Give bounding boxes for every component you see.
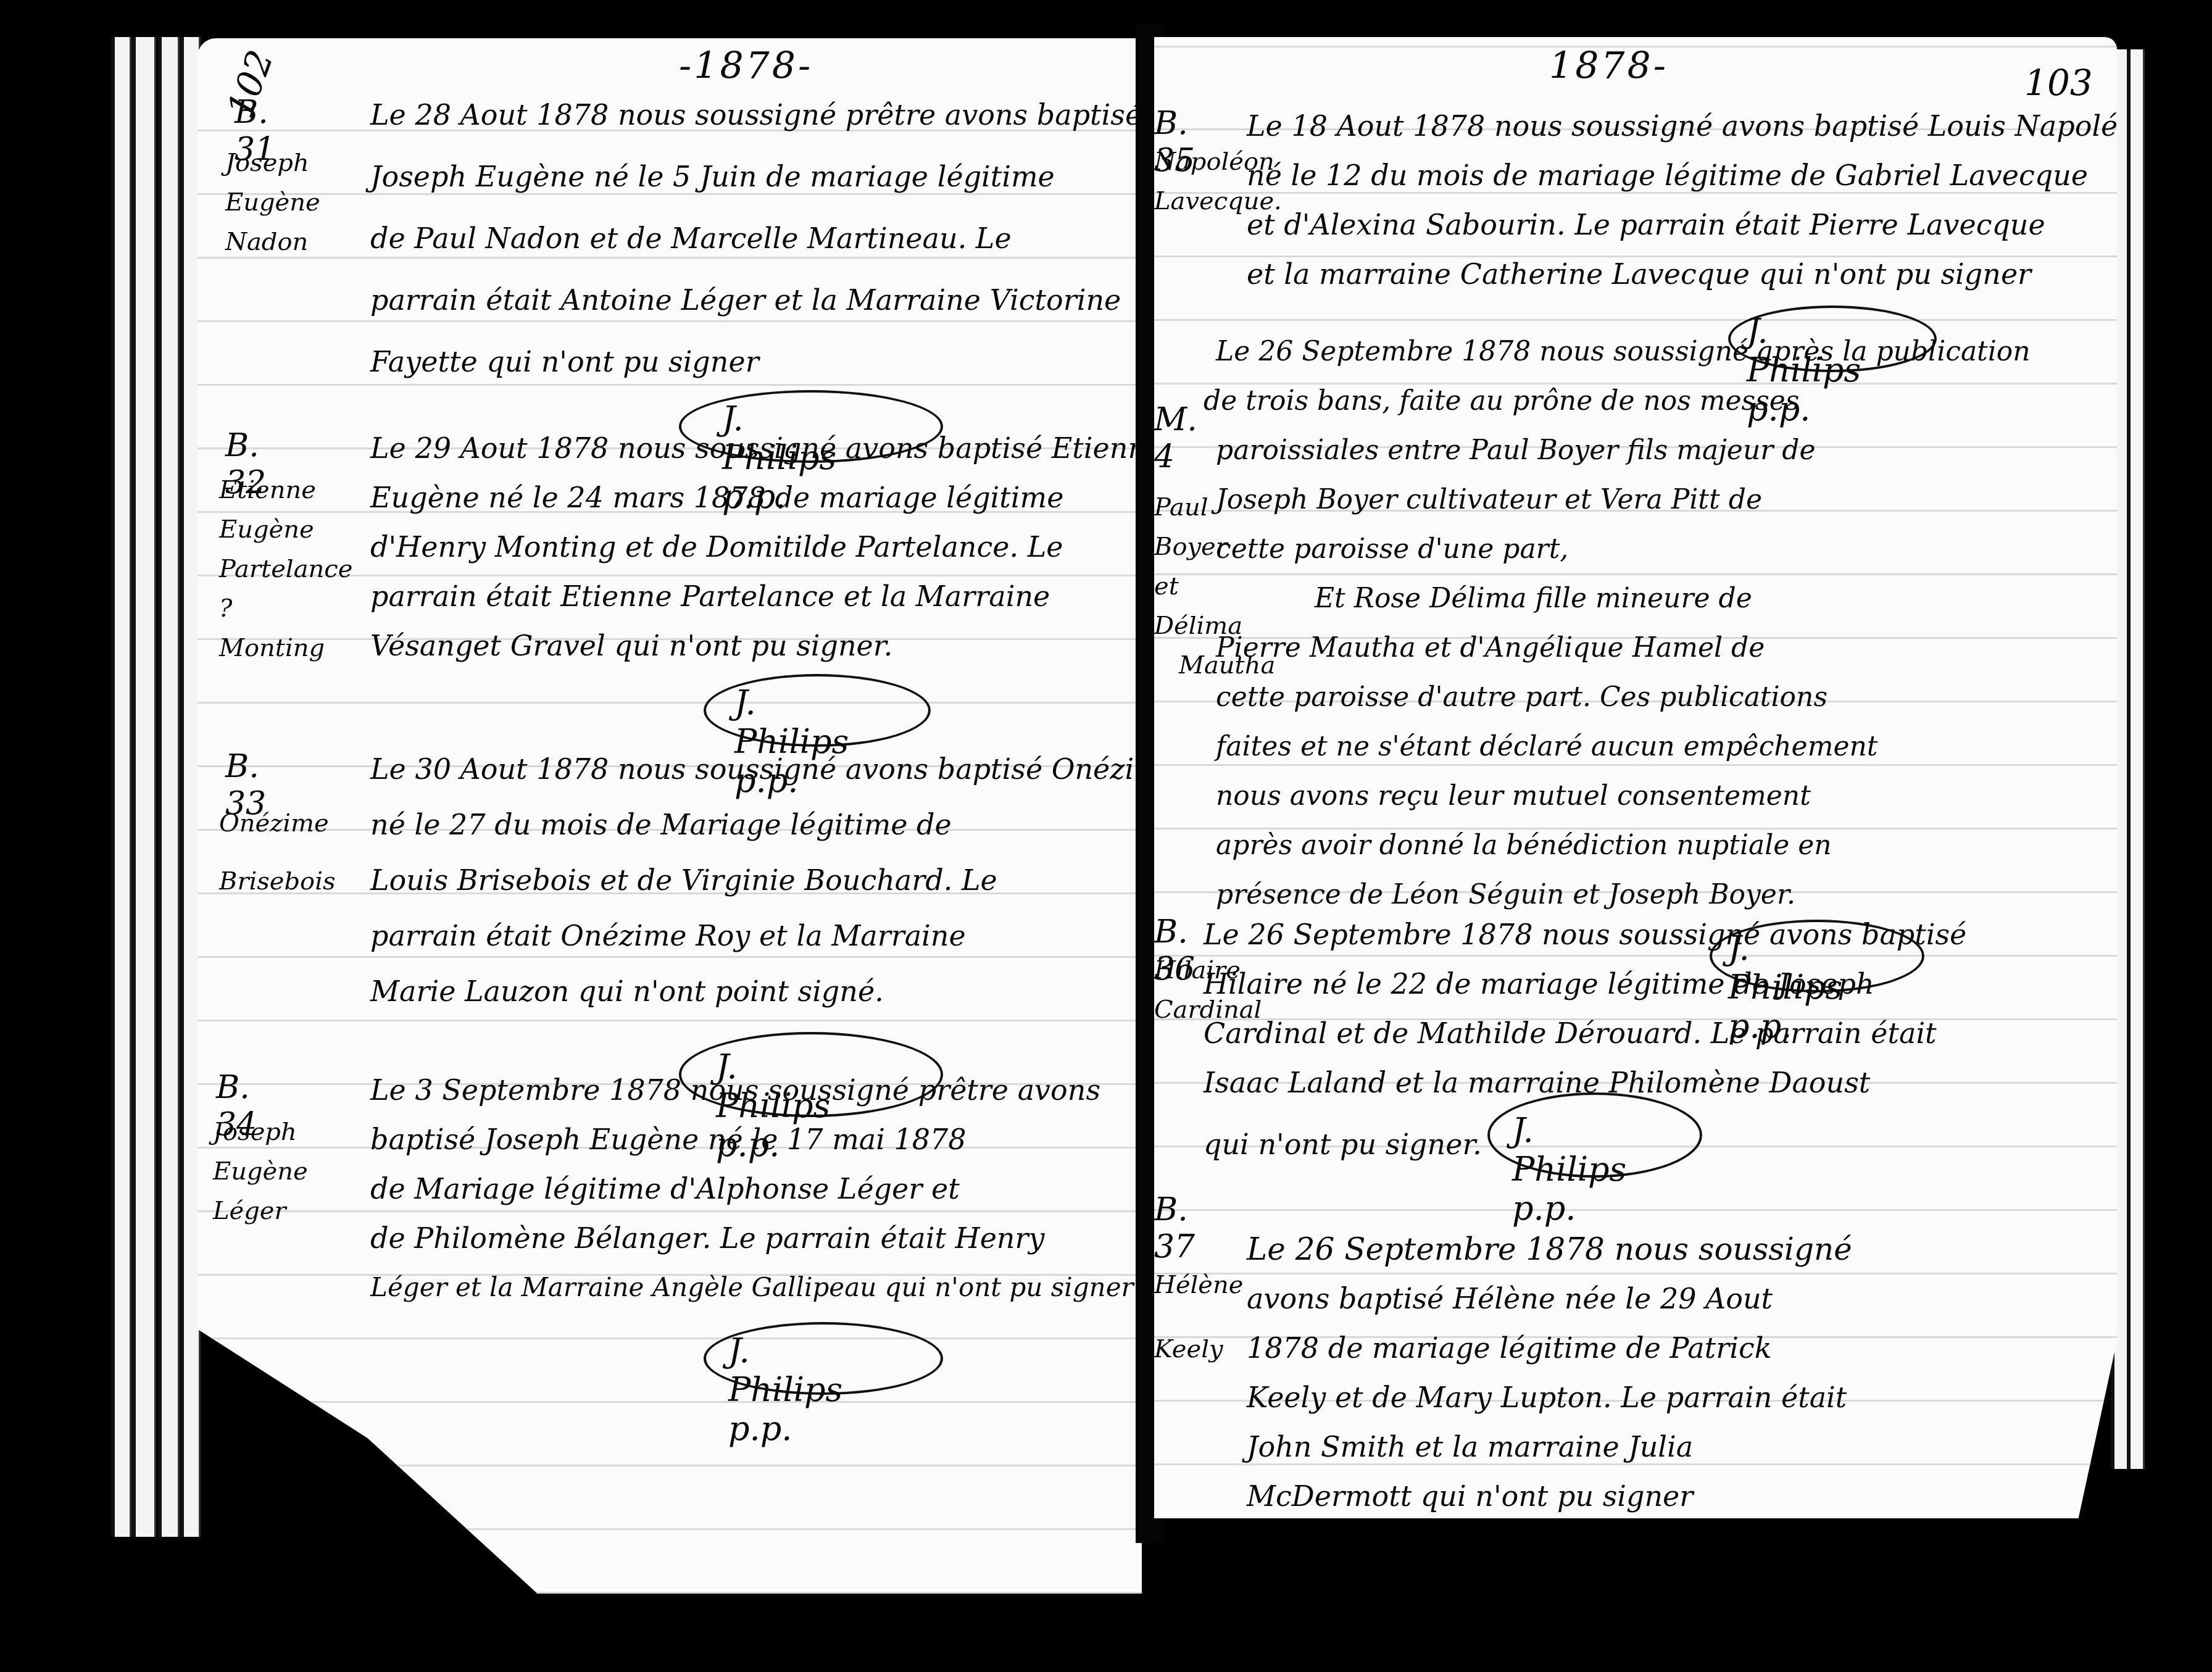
margin-name: Joseph Eugène Nadon: [225, 143, 320, 262]
entry-line: Pierre Mautha et d'Angélique Hamel de: [1216, 623, 1765, 673]
margin-name: Onézime Brisebois: [219, 804, 336, 901]
left-page: -1878- 102 B. 31 Joseph Eugène Nadon Le …: [197, 38, 1142, 1594]
year-header: 1878-: [1549, 44, 1668, 88]
entry-line: Joseph Boyer cultivateur et Vera Pitt de: [1216, 475, 1762, 525]
entry-line: Vésanget Gravel qui n'ont pu signer.: [370, 612, 892, 679]
right-page: 1878- 103 B. 35 Napoléon Lavecque. Le 18…: [1154, 37, 2117, 1518]
entry-number: B. 37: [1154, 1191, 1195, 1265]
entry-line: de trois bans, faite au prône de nos mes…: [1204, 376, 1799, 426]
entry-line: de Paul Nadon et de Marcelle Martineau. …: [370, 205, 1012, 272]
entry-line: cette paroisse d'une part,: [1216, 525, 1568, 574]
entry-line: Le 26 Septembre 1878 nous soussigné aprè…: [1216, 327, 2031, 376]
margin-name: Etienne Eugène Partelance ? Monting: [219, 470, 352, 668]
entry-line: Marie Lauzon qui n'ont point signé.: [370, 958, 884, 1025]
entry-line: Léger et la Marraine Angèle Gallipeau qu…: [370, 1254, 1134, 1321]
entry-line: nous avons reçu leur mutuel consentement: [1216, 772, 1811, 821]
page-edges-left: [111, 37, 204, 1537]
entry-line: paroissiales entre Paul Boyer fils majeu…: [1216, 426, 1815, 475]
entry-number: M. 4: [1154, 401, 1197, 475]
scanned-register-spread: -1878- 102 B. 31 Joseph Eugène Nadon Le …: [0, 0, 2212, 1672]
signature: J. Philips p.p.: [728, 1331, 842, 1448]
entry-line: McDermott qui n'ont pu signer: [1247, 1463, 1693, 1518]
entry-line: et la marraine Catherine Lavecque qui n'…: [1247, 241, 2031, 307]
entry-line: Fayette qui n'ont pu signer: [370, 328, 759, 395]
entry-line: parrain était Antoine Léger et la Marrai…: [370, 267, 1121, 333]
entry-line: Le 28 Aout 1878 nous soussigné prêtre av…: [370, 81, 1142, 148]
signature: J. Philips p.p.: [1512, 1111, 1626, 1228]
entry-line: qui n'ont pu signer.: [1204, 1111, 1482, 1178]
entry-line: cette paroisse d'autre part. Ces publica…: [1216, 673, 1827, 722]
entry-line: faites et ne s'étant déclaré aucun empêc…: [1216, 722, 1877, 772]
entry-line: Joseph Eugène né le 5 Juin de mariage lé…: [370, 143, 1055, 210]
entry-line: Et Rose Délima fille mineure de: [1315, 574, 1752, 623]
margin-name: Hélène Keely: [1154, 1265, 1243, 1369]
entry-line: après avoir donné la bénédiction nuptial…: [1216, 821, 1832, 870]
margin-name: Joseph Eugène Léger: [213, 1112, 308, 1231]
